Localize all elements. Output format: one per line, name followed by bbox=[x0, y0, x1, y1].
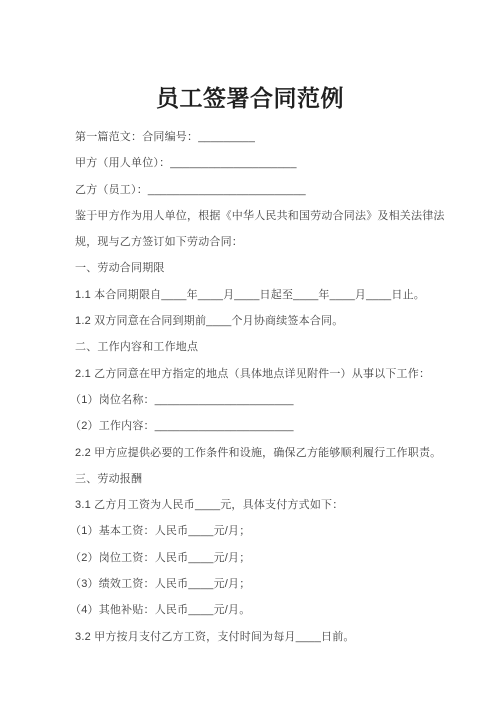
heading-section-2: 二、工作内容和工作地点 bbox=[75, 334, 447, 360]
line-3-2: 3.2 甲方按月支付乙方工资，支付时间为每月____日前。 bbox=[75, 624, 447, 650]
heading-section-3: 三、劳动报酬 bbox=[75, 466, 447, 492]
line-3-1-item-1: （1）基本工资：人民币____元/月； bbox=[70, 518, 447, 544]
heading-section-1: 一、劳动合同期限 bbox=[75, 255, 447, 281]
line-2-1-item-2: （2）工作内容：______________________ bbox=[70, 413, 447, 439]
line-preamble-1: 鉴于甲方作为用人单位，根据《中华人民共和国劳动合同法》及相关法律法 bbox=[75, 203, 447, 229]
line-party-b: 乙方（员工）：_________________________ bbox=[75, 177, 447, 203]
document-title: 员工签署合同范例 bbox=[0, 80, 500, 113]
line-contract-number: 第一篇范文：合同编号：_________ bbox=[75, 124, 447, 150]
line-party-a: 甲方（用人单位）：____________________ bbox=[75, 150, 447, 176]
line-1-1: 1.1 本合同期限自____年____月____日起至____年____月___… bbox=[75, 282, 447, 308]
contract-document-page: 员工签署合同范例 第一篇范文：合同编号：_________ 甲方（用人单位）：_… bbox=[0, 0, 500, 707]
line-preamble-2: 规，现与乙方签订如下劳动合同： bbox=[75, 229, 447, 255]
line-3-1-item-4: （4）其他补贴：人民币____元/月。 bbox=[70, 597, 447, 623]
line-3-1-item-3: （3）绩效工资：人民币____元/月； bbox=[70, 571, 447, 597]
document-body: 第一篇范文：合同编号：_________ 甲方（用人单位）：__________… bbox=[75, 124, 447, 650]
line-3-1: 3.1 乙方月工资为人民币____元，具体支付方式如下： bbox=[75, 492, 447, 518]
line-2-1-item-1: （1）岗位名称：______________________ bbox=[70, 387, 447, 413]
line-2-2: 2.2 甲方应提供必要的工作条件和设施，确保乙方能够顺利履行工作职责。 bbox=[75, 440, 447, 466]
line-2-1: 2.1 乙方同意在甲方指定的地点（具体地点详见附件一）从事以下工作： bbox=[75, 361, 447, 387]
line-1-2: 1.2 双方同意在合同到期前____个月协商续签本合同。 bbox=[75, 308, 447, 334]
line-3-1-item-2: （2）岗位工资：人民币____元/月； bbox=[70, 545, 447, 571]
